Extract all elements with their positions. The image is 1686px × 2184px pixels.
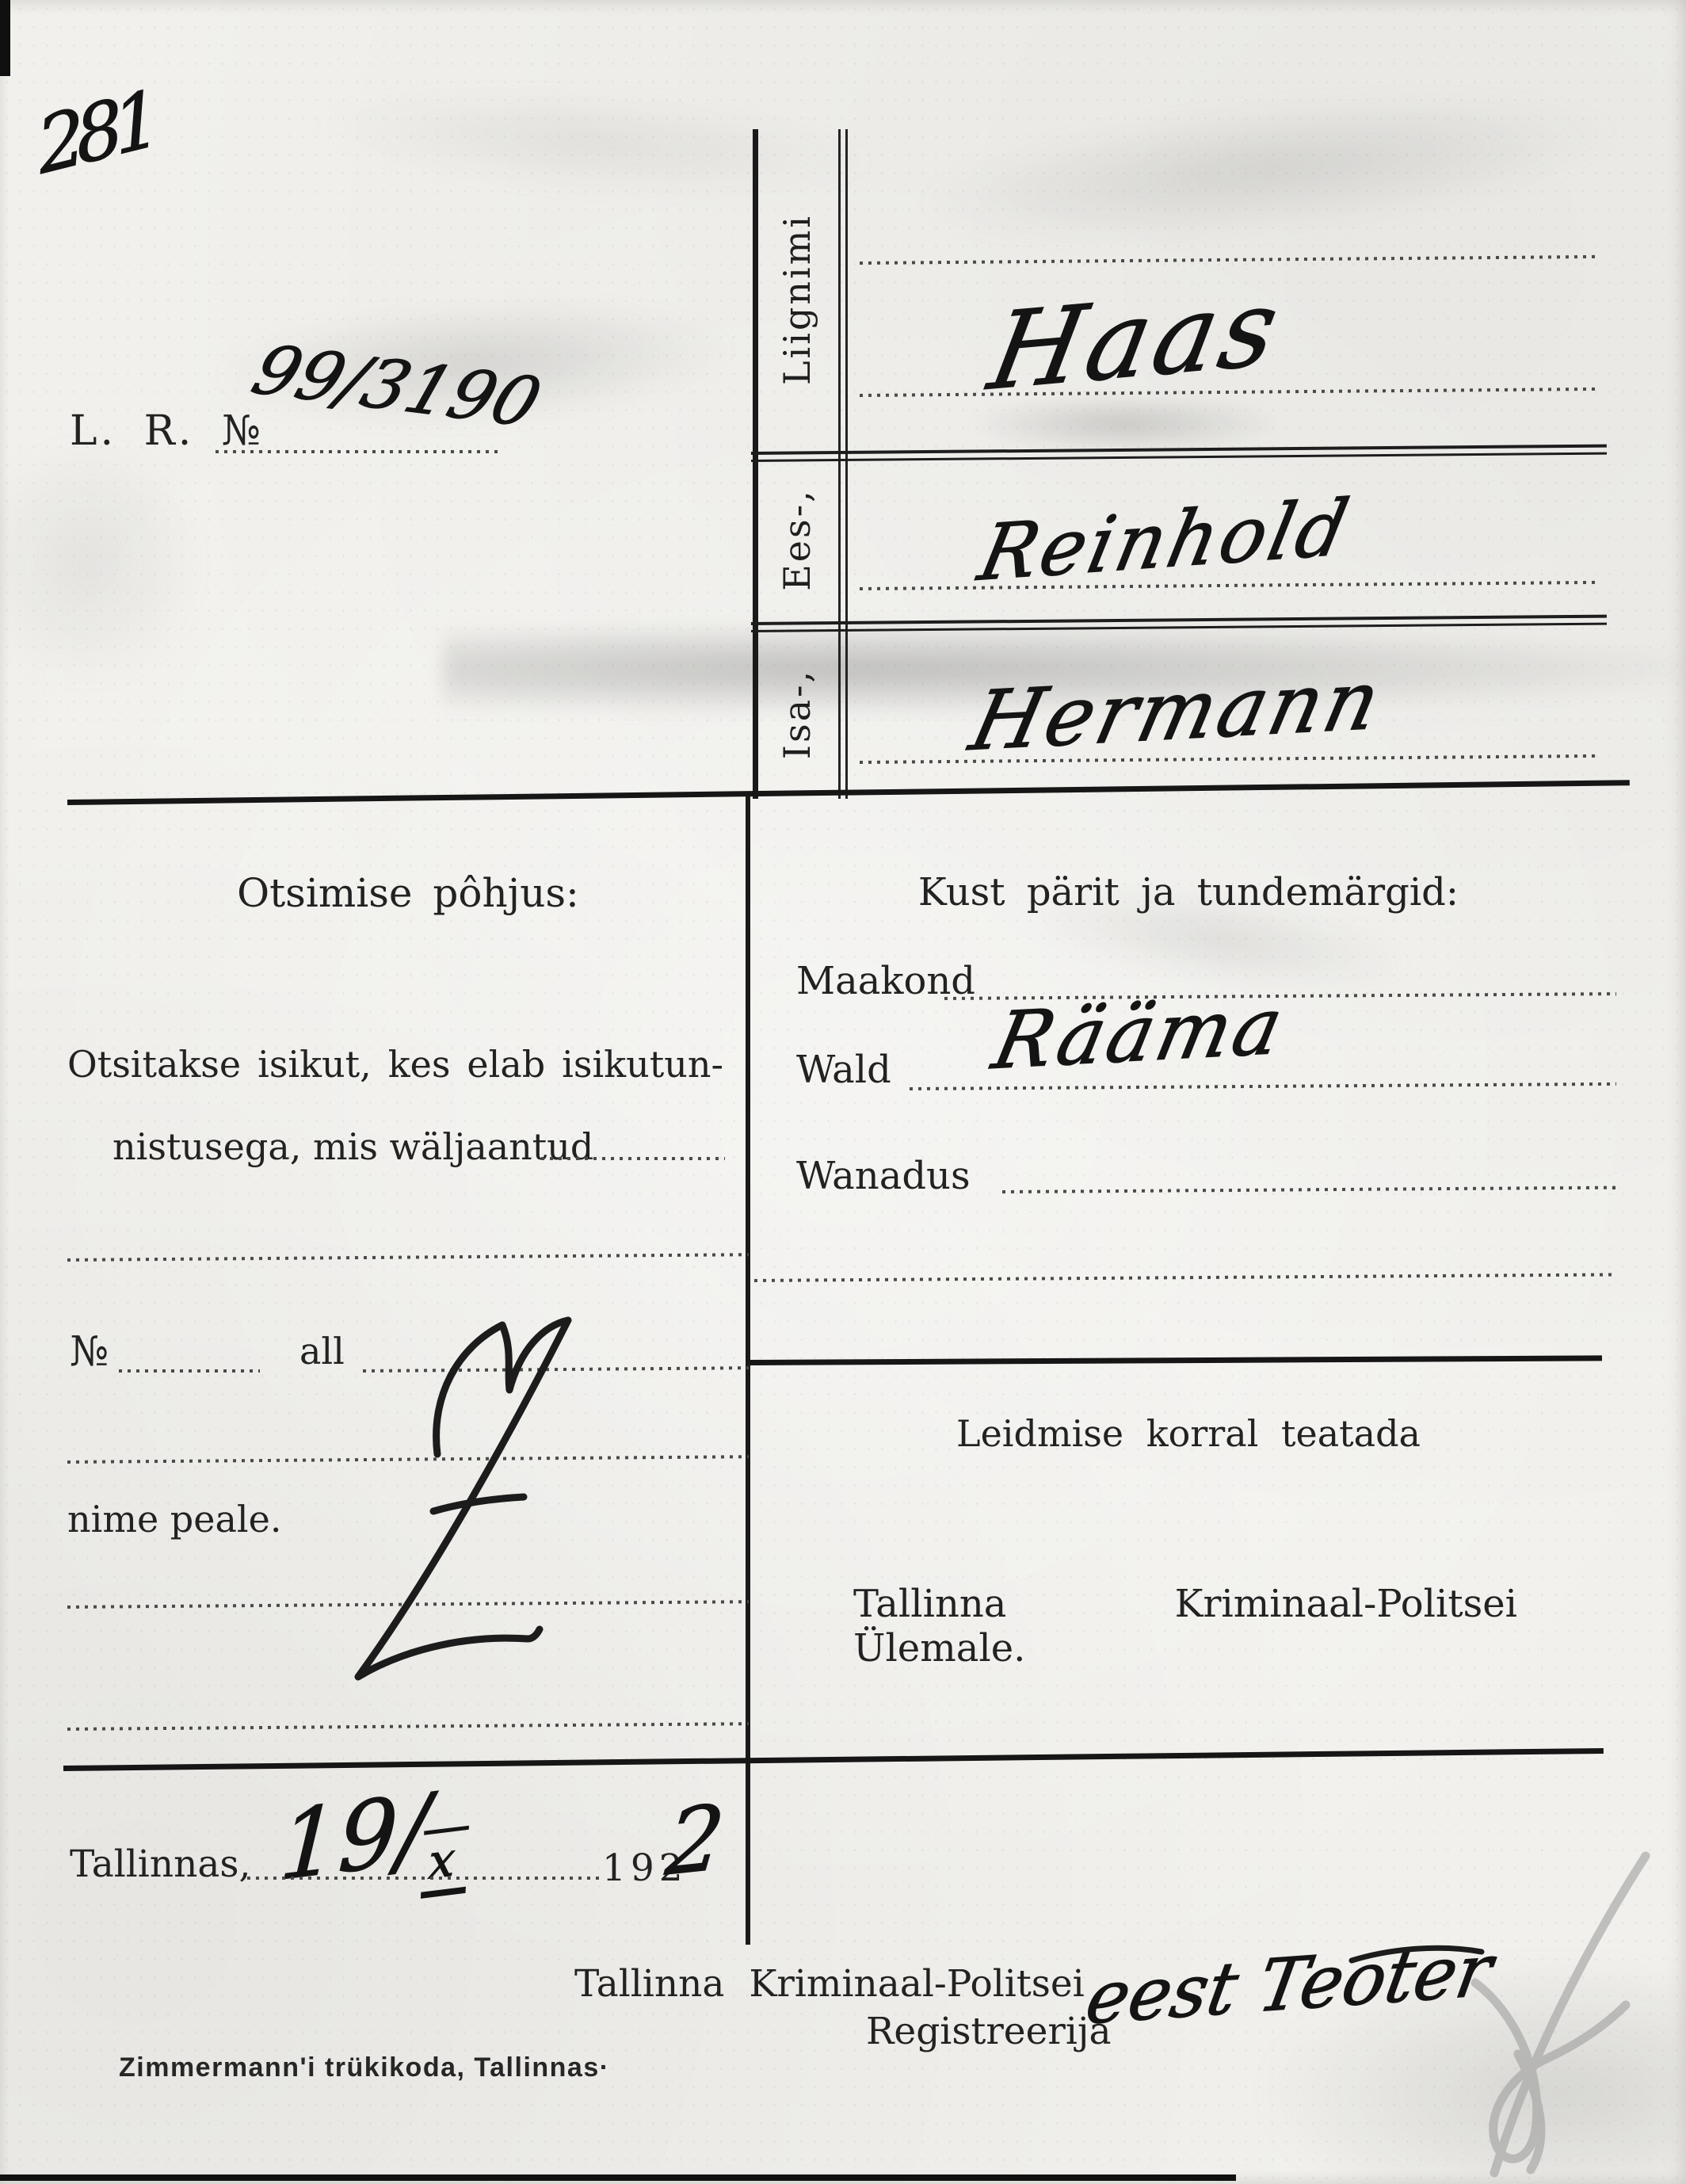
wald-value-handwritten: Rääma: [986, 981, 1293, 1088]
field-label-firstname: Ees-,: [776, 488, 818, 591]
date-handwritten: 19/x: [277, 1767, 477, 1902]
wanadus-dotted-line: [1002, 1186, 1616, 1193]
date-month: x: [421, 1826, 469, 1899]
right-blank-dotted-line: [754, 1273, 1616, 1282]
notify-line2: Tallinna Kriminaal-Politsei Ülemale.: [853, 1582, 1517, 1670]
number-dotted-segment: [119, 1369, 260, 1373]
firstname-row-dotted: [860, 581, 1600, 590]
central-vertical-divider: [746, 796, 750, 1945]
search-body-line1: Otsitakse isikut, kes elab isikutun-: [67, 1043, 723, 1086]
field-label-surname: Liignimi: [776, 214, 818, 385]
search-body-line2: nistusega, mis wäljaantud: [113, 1125, 593, 1168]
bottom-horizontal-rule: [63, 1748, 1604, 1771]
wald-label: Wald: [796, 1048, 891, 1092]
scanned-police-registration-card: 281 L. R. № 99/3190 Liignimi Ees-, Isa-,…: [0, 0, 1686, 2184]
row-separator-1: [751, 445, 1607, 462]
name-section-double-rule: [838, 129, 848, 799]
footer-registrar-label: Registreerija: [866, 2010, 1112, 2053]
origin-section-heading: Kust pärit ja tundemärgid:: [761, 870, 1616, 914]
left-dotted-line-3: [67, 1600, 749, 1609]
registry-dotted-line: [216, 450, 501, 453]
paraph-flourish: [358, 1320, 568, 1677]
year-handwritten: 2: [662, 1785, 729, 1896]
surname-row-upper-dotted: [860, 255, 1600, 265]
left-dotted-line-4: [67, 1722, 749, 1731]
notify-line1: Leidmise korral teatada: [761, 1412, 1616, 1455]
father-name-handwritten: Hermann: [962, 653, 1391, 770]
page-number-handwritten: 281: [33, 74, 156, 192]
smudge-top-middle: [306, 71, 882, 214]
all-dotted-segment: [363, 1366, 749, 1373]
wanadus-label: Wanadus: [796, 1154, 971, 1198]
number-label: №: [70, 1328, 109, 1376]
search-section-heading: Otsimise pôhjus:: [67, 870, 749, 916]
pencil-scribble: [1475, 1856, 1646, 2173]
registry-label: L. R. №: [70, 407, 264, 455]
footer-organization: Tallinna Kriminaal-Politsei: [574, 1962, 1085, 2006]
row-separator-2: [751, 615, 1607, 632]
date-dotted-line: [247, 1877, 600, 1880]
registrar-signature-handwritten: eest Teoter: [1080, 1928, 1498, 2041]
field-label-father: Isa-,: [776, 669, 818, 759]
smudge-streak-top-right: [906, 64, 1630, 273]
name-section-left-rule: [753, 129, 758, 799]
date-day: 19/: [277, 1773, 432, 1902]
left-dotted-line-1: [67, 1253, 749, 1262]
name-line-label: nime peale.: [67, 1498, 281, 1541]
smudge-left-edge: [0, 436, 206, 689]
place-label: Tallinnas,: [70, 1842, 250, 1886]
registry-number-handwritten: 99/3190: [243, 331, 551, 442]
notify-section-top-rule: [750, 1355, 1602, 1365]
main-horizontal-divider: [67, 780, 1630, 805]
scan-edge-bottom-line: [0, 2174, 1236, 2181]
issued-dotted-segment: [541, 1157, 725, 1160]
firstname-handwritten: Reinhold: [971, 483, 1358, 598]
left-dotted-line-2: [67, 1455, 749, 1464]
all-label: all: [299, 1330, 345, 1373]
scan-edge-corner-bar: [0, 0, 10, 76]
printer-imprint: Zimmermann'i trükikoda, Tallinnas·: [119, 2052, 610, 2083]
